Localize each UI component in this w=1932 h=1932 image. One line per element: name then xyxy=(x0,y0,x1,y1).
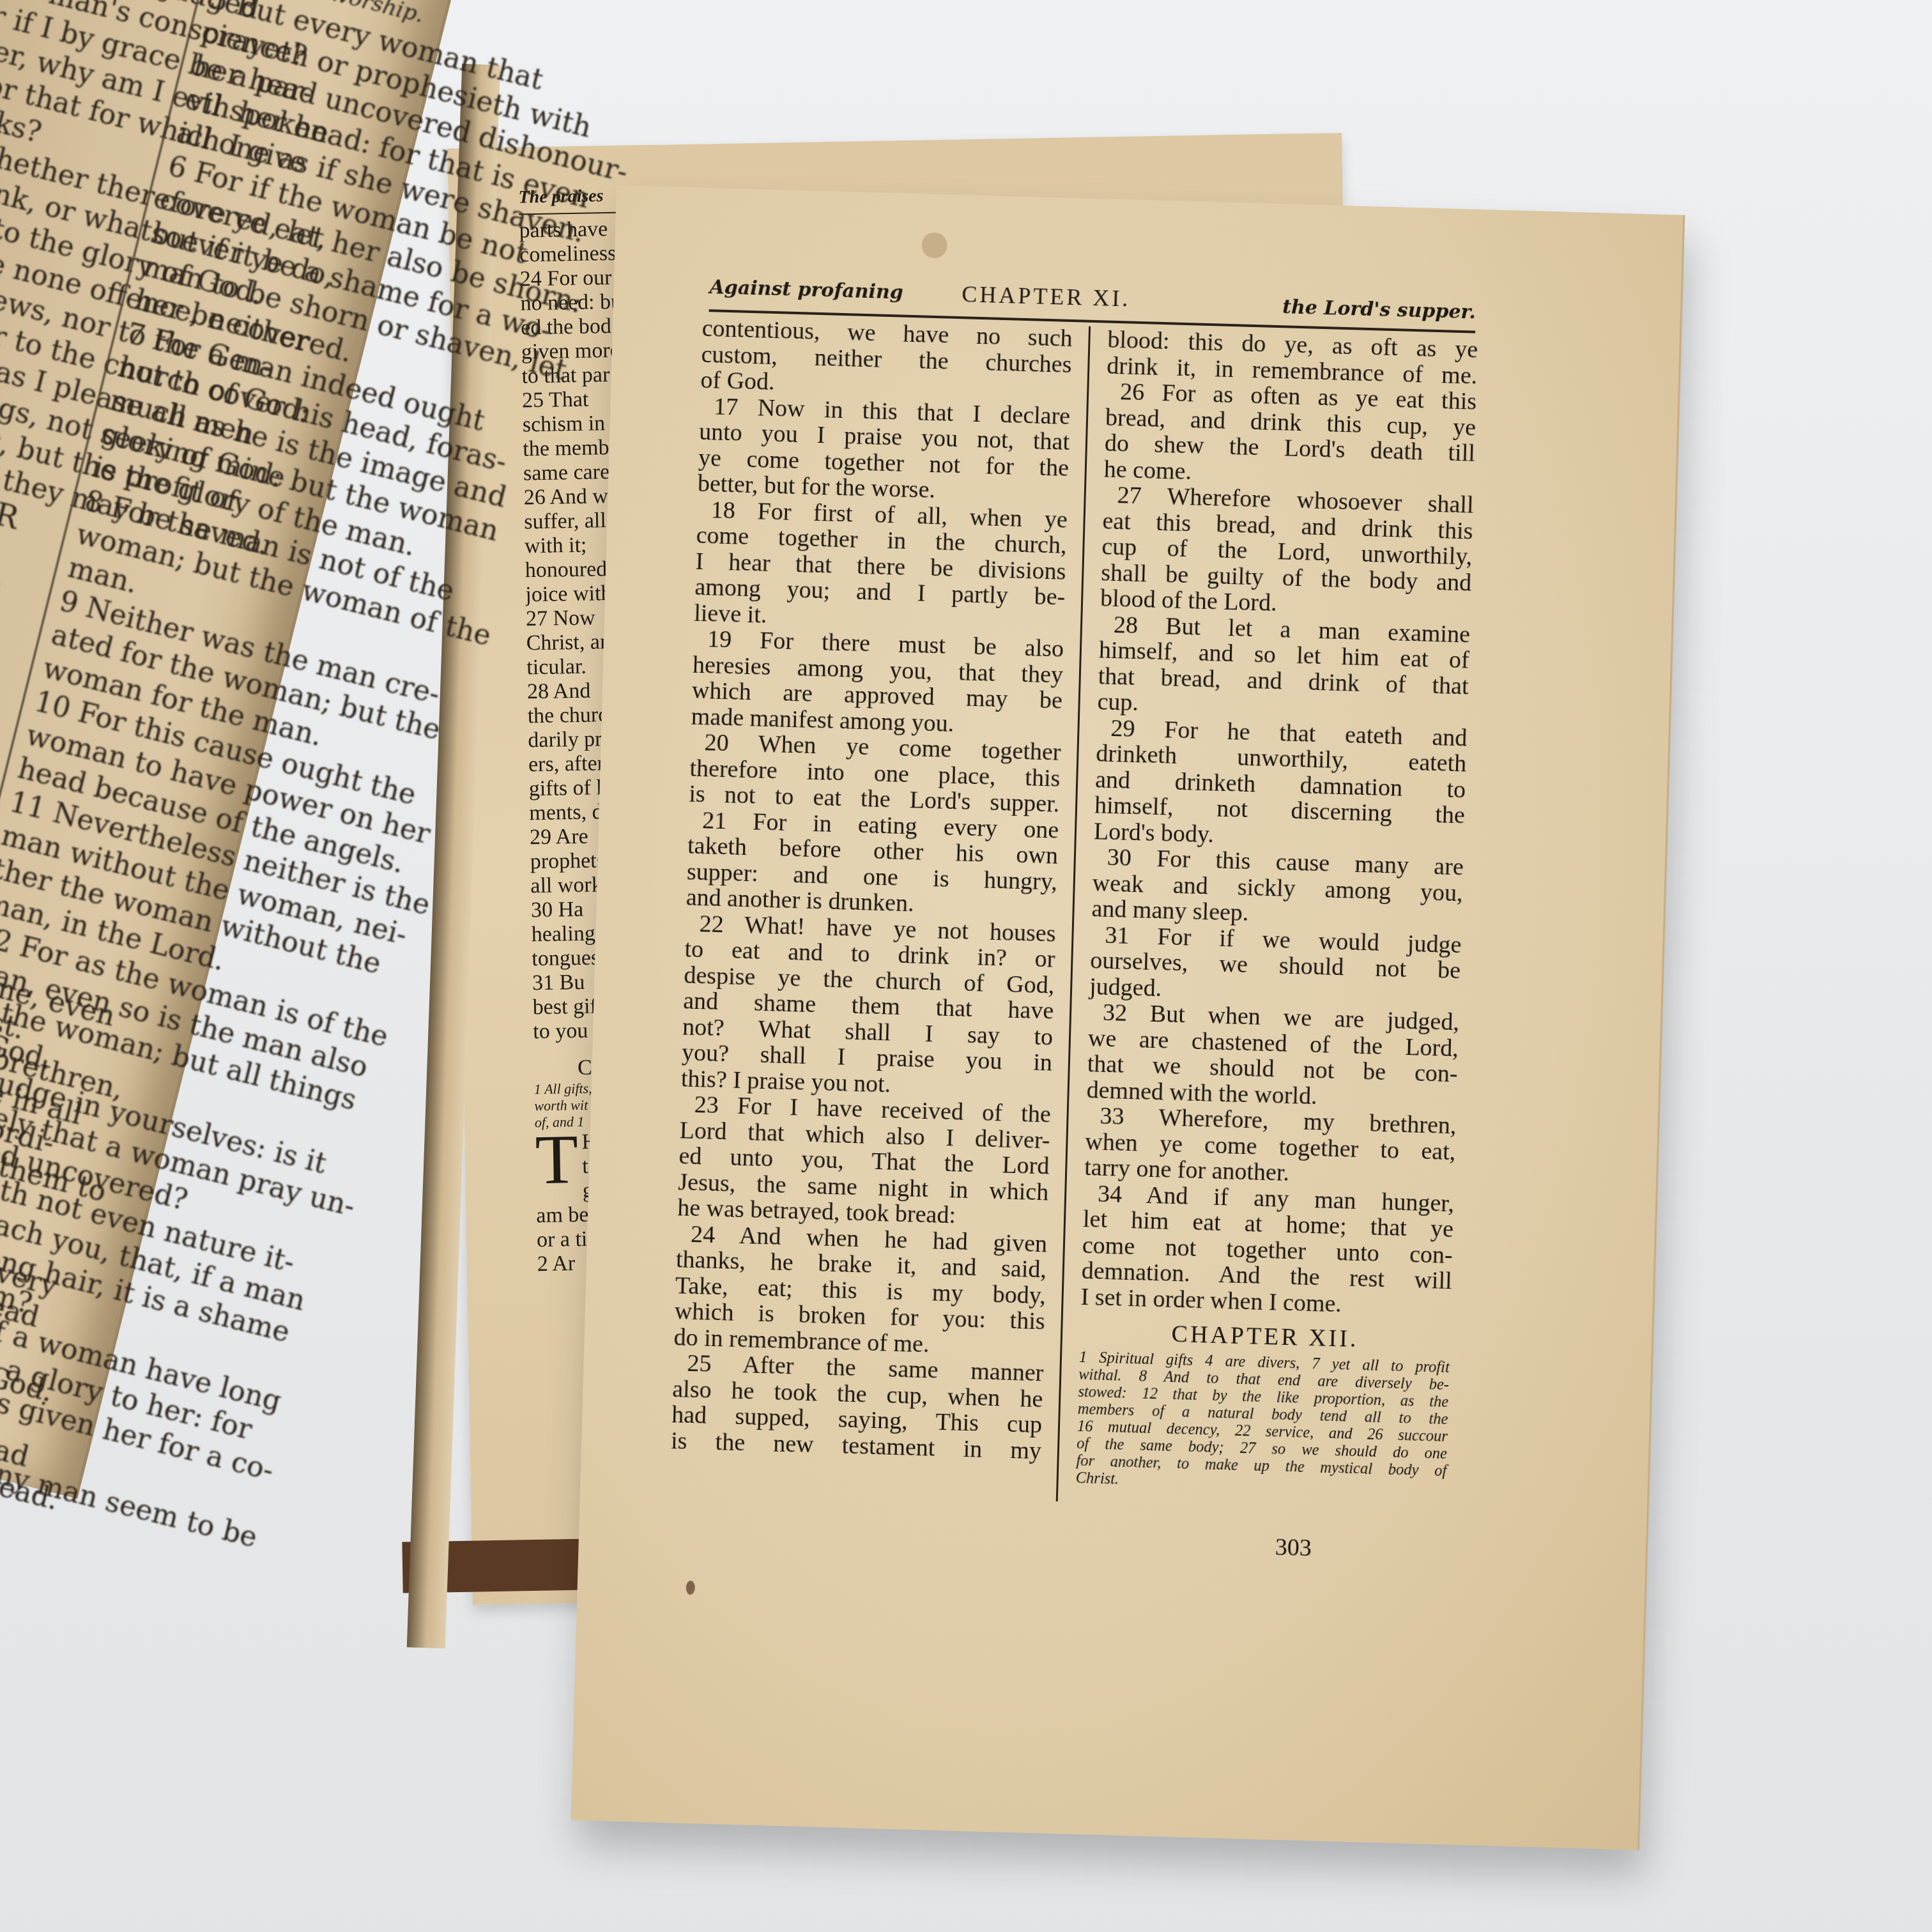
page-number: 303 xyxy=(1275,1533,1312,1563)
left-book-page: the other:man's liberty judgedother man'… xyxy=(0,0,464,1499)
foxing-spot xyxy=(686,1581,695,1595)
running-head-left: Against profaning xyxy=(709,276,903,303)
right-column-verses: blood: this do ye, as oft as yedrink it,… xyxy=(1080,327,1478,1321)
foxing-stain xyxy=(921,232,947,258)
dropcap: T xyxy=(535,1130,579,1188)
loose-page-303: Against profaning CHAPTER XI. the Lord's… xyxy=(571,185,1685,1850)
left-text-column: contentious, we have no suchcustom, neit… xyxy=(671,316,1073,1464)
running-head-right: the Lord's supper. xyxy=(1282,296,1476,323)
text-line: 25 That xyxy=(522,387,625,413)
right-text-column: blood: this do ye, as oft as yedrink it,… xyxy=(1075,327,1478,1497)
running-head-chapter: CHAPTER XI. xyxy=(962,280,1131,312)
chapter-xii-summary: 1 Spiritual gifts 4 are divers, 7 yet al… xyxy=(1075,1348,1450,1496)
